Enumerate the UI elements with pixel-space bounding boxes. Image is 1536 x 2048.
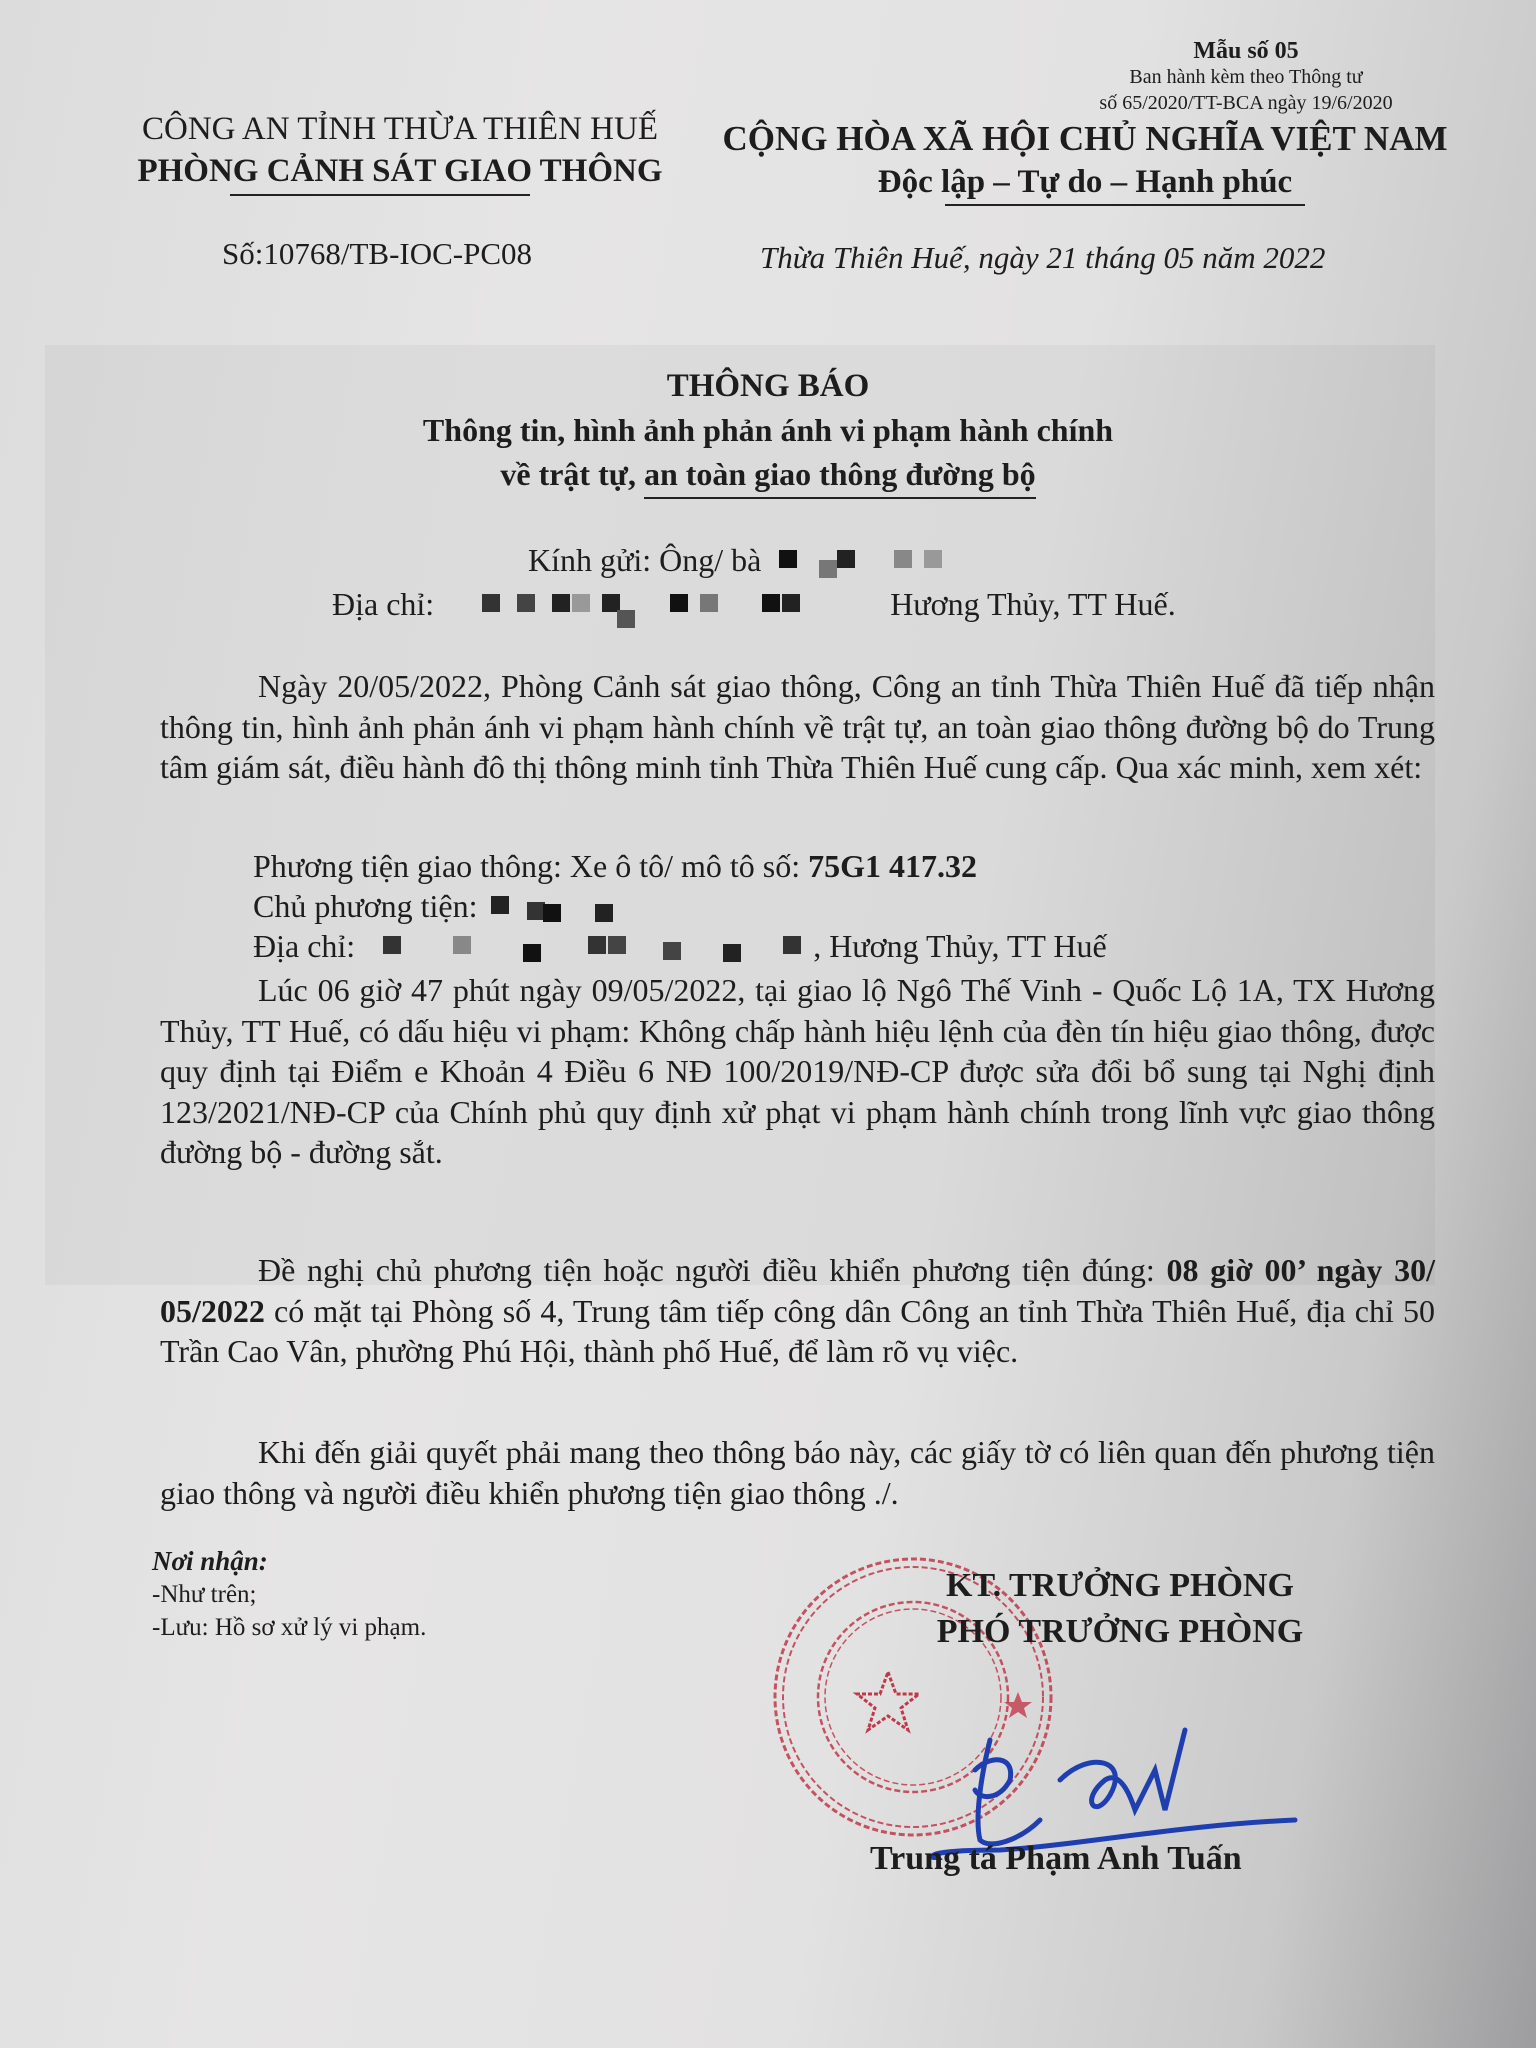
owner-line: Chủ phương tiện: [253,886,625,926]
subtitle-underlined: an toàn giao thông đường bộ [644,456,1036,493]
nation-name: CỘNG HÒA XÃ HỘI CHỦ NGHĨA VIỆT NAM [705,118,1465,160]
intro-paragraph: Ngày 20/05/2022, Phòng Cảnh sát giao thô… [160,666,1435,788]
signer-name: Trung tá Phạm Anh Tuấn [870,1840,1242,1878]
closing-paragraph: Khi đến giải quyết phải mang theo thông … [160,1432,1435,1513]
recipient-item: -Như trên; [152,1578,426,1611]
salutation: Kính gửi: Ông/ bà [528,540,989,580]
redacted-owner-address [363,936,813,964]
recipients-heading: Nơi nhận: [152,1545,426,1578]
document-number: Số:10768/TB-IOC-PC08 [222,236,532,272]
agency-underline [230,194,530,196]
motto-underline [945,204,1305,206]
redacted-owner [485,896,625,924]
request-paragraph: Đề nghị chủ phương tiện hoặc người điều … [160,1250,1435,1372]
document-page: Mẫu số 05 Ban hành kèm theo Thông tư số … [0,0,1536,2048]
document-subtitle-2: về trật tự, an toàn giao thông đường bộ [0,456,1536,493]
owner-address-line: Địa chỉ: , Hương Thủy, TT Huế [253,926,1107,966]
vehicle-line: Phương tiện giao thông: Xe ô tô/ mô tô s… [253,846,977,886]
form-number: Mẫu số 05 [1086,38,1406,64]
document-subtitle-1: Thông tin, hình ảnh phản ánh vi phạm hàn… [0,412,1536,449]
recipient-address: Địa chỉ: Hương Thủy, TT Huế. [332,584,1176,624]
agency-name: PHÒNG CẢNH SÁT GIAO THÔNG [105,150,695,192]
license-plate: 75G1 417.32 [808,848,977,884]
agency-block: CÔNG AN TỈNH THỪA THIÊN HUẾ PHÒNG CẢNH S… [105,108,695,196]
national-header: CỘNG HÒA XÃ HỘI CHỦ NGHĨA VIỆT NAM Độc l… [705,118,1465,206]
place-date: Thừa Thiên Huế, ngày 21 tháng 05 năm 202… [760,240,1325,276]
form-reference: Mẫu số 05 Ban hành kèm theo Thông tư số … [1086,38,1406,116]
signature-line-1: KT. TRƯỞNG PHÒNG [840,1563,1400,1609]
national-motto: Độc lập – Tự do – Hạnh phúc [705,160,1465,204]
redacted-address [442,594,882,622]
recipients-block: Nơi nhận: -Như trên; -Lưu: Hồ sơ xử lý v… [152,1545,426,1644]
form-issued-with: Ban hành kèm theo Thông tư [1086,64,1406,90]
recipient-item: -Lưu: Hồ sơ xử lý vi phạm. [152,1611,426,1644]
handwritten-signature-icon [880,1700,1310,1860]
document-title: THÔNG BÁO [0,368,1536,405]
redacted-name [769,550,989,578]
agency-parent: CÔNG AN TỈNH THỪA THIÊN HUẾ [105,108,695,150]
violation-paragraph: Lúc 06 giờ 47 phút ngày 09/05/2022, tại … [160,970,1435,1173]
signature-line-2: PHÓ TRƯỞNG PHÒNG [840,1609,1400,1655]
signature-title: KT. TRƯỞNG PHÒNG PHÓ TRƯỞNG PHÒNG [840,1563,1400,1655]
form-circular-ref: số 65/2020/TT-BCA ngày 19/6/2020 [1086,90,1406,116]
